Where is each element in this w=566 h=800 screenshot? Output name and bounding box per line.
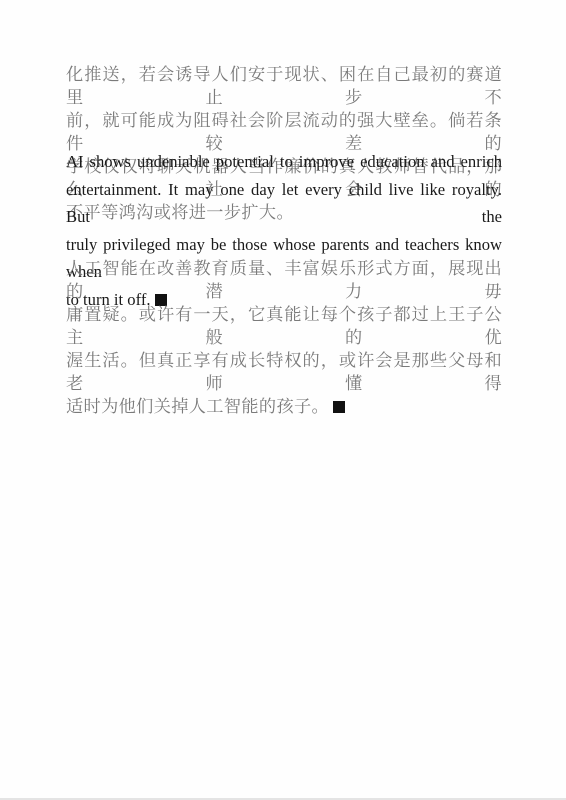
text-line-content: 适时为他们关掉人工智能的孩子。	[66, 397, 329, 417]
document-page: 化推送，若会诱导人们安于现状、困在自己最初的赛道里止步不 前，就可能成为阻碍社会…	[0, 0, 566, 798]
text-line: 庸置疑。或许有一天，它真能让每个孩子都过上王子公主般的优	[66, 304, 502, 350]
text-line: 人工智能在改善教育质量、丰富娱乐形式方面，展现出的潜力毋	[66, 258, 502, 304]
text-line: entertainment. It may one day let every …	[66, 176, 502, 231]
text-line: 渥生活。但真正享有成长特权的，或许会是那些父母和老师懂得	[66, 350, 502, 396]
end-of-article-mark-icon	[333, 401, 345, 413]
text-line: AI shows undeniable potential to improve…	[66, 148, 502, 176]
text-line: 适时为他们关掉人工智能的孩子。	[66, 396, 502, 419]
chinese-paragraph-2: 人工智能在改善教育质量、丰富娱乐形式方面，展现出的潜力毋 庸置疑。或许有一天，它…	[66, 258, 502, 419]
text-line: 化推送，若会诱导人们安于现状、困在自己最初的赛道里止步不	[66, 64, 502, 110]
